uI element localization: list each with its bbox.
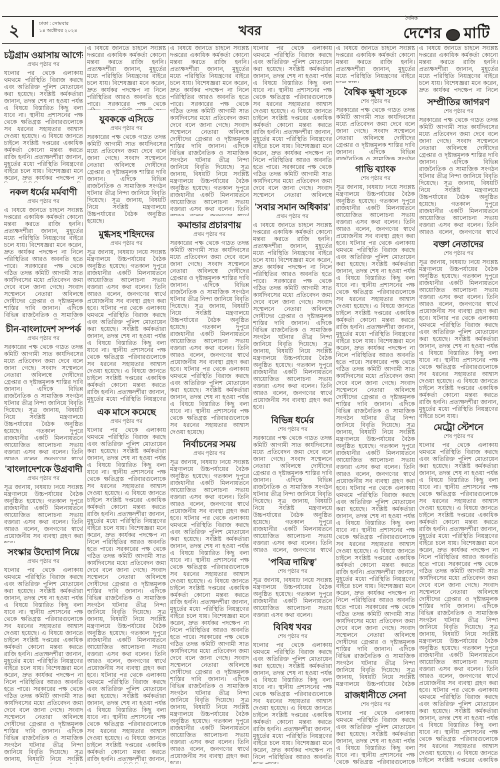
continued-from-kicker: প্রথম পৃষ্ঠার পর (4, 199, 83, 206)
article: গাভি ব্যাংক শেষ পৃষ্ঠার পর সূত্র জানায়,… (336, 163, 415, 686)
article-body-text: সূত্র জানায়, বিষয়টি নিয়ে সংশ্লিষ্ট মন… (336, 185, 415, 686)
article-headline: চট্টগ্রাম ওয়াসায় আগের (4, 49, 83, 61)
article-body-text: ঘটনার পর থেকে এলাকায় থমথমে পরিস্থিতি বি… (336, 711, 415, 764)
article-body-text: এ বিষয়ে জানতে চাইলে সংশ্লিষ্ট দপ্তরের এ… (4, 208, 83, 320)
article-body-text: সরকারের পক্ষ থেকে গঠিত তদন্ত কমিটি আগামী… (4, 345, 83, 460)
continued-from-kicker: শেষ পৃষ্ঠার পর (419, 109, 498, 116)
article-headline: সম্প্রীতির জাগরণ (419, 96, 498, 108)
continued-from-kicker: শেষ পৃষ্ঠার পর (336, 702, 415, 709)
article-body-text: সূত্র জানায়, বিষয়টি নিয়ে সংশ্লিষ্ট মন… (419, 260, 498, 418)
article: 'সবার সমান অধিকার' প্রথম পৃষ্ঠার পর এ বি… (253, 201, 332, 411)
column-divider (168, 46, 169, 762)
article-headline: 'বাংলাদেশকে উগ্রবাদী (4, 463, 83, 475)
article-body-text: ঘটনার পর থেকে এলাকায় থমথমে পরিস্থিতি বি… (253, 643, 332, 764)
article: যুবককে এসিডে প্রথম পৃষ্ঠার পর সরকারের পক… (87, 113, 166, 225)
article-body-text: সরকারের পক্ষ থেকে গঠিত তদন্ত কমিটি আগামী… (253, 436, 332, 553)
continued-from-kicker: শেষ পৃষ্ঠার পর (419, 251, 498, 258)
article: চট্টগ্রাম ওয়াসায় আগের প্রথম পৃষ্ঠার পর… (4, 49, 83, 183)
continued-from-kicker: শেষ পৃষ্ঠার পর (253, 427, 332, 434)
article: বৈশ্বিক ক্ষুধা সূচকে শেষ পৃষ্ঠার পর সরকা… (336, 86, 415, 160)
article: নকল ধর্মের মর্মবাণী প্রথম পৃষ্ঠার পর এ ব… (4, 186, 83, 320)
continued-from-kicker: প্রথম পৃষ্ঠার পর (4, 62, 83, 69)
continued-from-kicker: শেষ পৃষ্ঠার পর (419, 434, 498, 441)
header-bottom-rule (2, 43, 498, 44)
continued-from-kicker: প্রথম পৃষ্ঠার পর (253, 214, 332, 221)
continued-from-kicker: শেষ পৃষ্ঠার পর (336, 99, 415, 106)
article: এক মাসে কমেছে প্রথম পৃষ্ঠার পর ঘটনার পর … (87, 406, 166, 764)
article: মুগ্ধসহ শহিদদের প্রথম পৃষ্ঠার পর সূত্র জ… (87, 228, 166, 403)
article-body-text: এ বিষয়ে জানতে চাইলে সংশ্লিষ্ট দপ্তরের এ… (419, 46, 498, 93)
article: নির্বাচনের সময় প্রথম পৃষ্ঠার পর সূত্র জ… (170, 438, 249, 764)
article: বক্তা নেতাদের শেষ পৃষ্ঠার পর সূত্র জানায… (419, 238, 498, 418)
continued-from-kicker: প্রথম পৃষ্ঠার পর (4, 559, 83, 566)
article-body-text: ঘটনার পর থেকে এলাকায় থমথমে পরিস্থিতি বি… (4, 568, 83, 764)
continued-from-kicker: প্রথম পৃষ্ঠার পর (170, 451, 249, 458)
article-headline: যুবককে এসিডে (87, 113, 166, 125)
article-headline: গাভি ব্যাংক (336, 163, 415, 175)
article: মেট্রো স্টেশনে শেষ পৃষ্ঠার পর ঘটনার পর থ… (419, 421, 498, 764)
article-continuation: এ বিষয়ে জানতে চাইলে সংশ্লিষ্ট দপ্তরের এ… (419, 46, 498, 93)
column-4: ঘটনার পর থেকে এলাকায় থমথমে পরিস্থিতি বি… (253, 46, 332, 764)
article: 'বাংলাদেশকে উগ্রবাদী প্রথম পৃষ্ঠার পর সূ… (4, 463, 83, 543)
article-body-text: সূত্র জানায়, বিষয়টি নিয়ে সংশ্লিষ্ট মন… (253, 578, 332, 618)
article-headline: রাজধানীতে সেনা (336, 689, 415, 701)
article-headline: সংস্কার উদ্যোগ নিয়ে (4, 546, 83, 558)
article-body-text: সরকারের পক্ষ থেকে গঠিত তদন্ত কমিটি আগামী… (419, 118, 498, 235)
article-body-text: ঘটনার পর থেকে এলাকায় থমথমে পরিস্থিতি বি… (419, 443, 498, 764)
article-headline: বিবিধ খবর (253, 621, 332, 633)
article-headline: বৈশ্বিক ক্ষুধা সূচকে (336, 86, 415, 98)
article-body-text: সরকারের পক্ষ থেকে গঠিত তদন্ত কমিটি আগামী… (170, 241, 249, 435)
article-continuation: এ বিষয়ে জানতে চাইলে সংশ্লিষ্ট দপ্তরের এ… (336, 46, 415, 83)
continued-from-kicker: প্রথম পৃষ্ঠার পর (4, 476, 83, 483)
article-body-text: সূত্র জানায়, বিষয়টি নিয়ে সংশ্লিষ্ট মন… (170, 460, 249, 764)
article-headline: নকল ধর্মের মর্মবাণী (4, 186, 83, 198)
continued-from-kicker: প্রথম পৃষ্ঠার পর (87, 241, 166, 248)
article-headline: বিভিন্ন ধর্মের (253, 414, 332, 426)
article-headline: 'সবার সমান অধিকার' (253, 201, 332, 213)
article-body-text: সরকারের পক্ষ থেকে গঠিত তদন্ত কমিটি আগামী… (87, 135, 166, 225)
article: 'পবিত্র দায়িত্ব' শেষ পৃষ্ঠার পর সূত্র জ… (253, 556, 332, 618)
article-headline: কমান্ডার প্রচারণায় (170, 219, 249, 231)
article-continuation: এ বিষয়ে জানতে চাইলে সংশ্লিষ্ট দপ্তরের এ… (170, 46, 249, 216)
article-body-text: এ বিষয়ে জানতে চাইলে সংশ্লিষ্ট দপ্তরের এ… (253, 223, 332, 411)
article-body-text: সূত্র জানায়, বিষয়টি নিয়ে সংশ্লিষ্ট মন… (87, 250, 166, 403)
column-divider (85, 46, 86, 762)
continued-from-kicker: শেষ পৃষ্ঠার পর (253, 569, 332, 576)
article: সংস্কার উদ্যোগ নিয়ে প্রথম পৃষ্ঠার পর ঘট… (4, 546, 83, 764)
article-headline: চীন-বাংলাদেশ সম্পর্ক (4, 323, 83, 335)
continued-from-kicker: শেষ পৃষ্ঠার পর (336, 176, 415, 183)
article-continuation: এ বিষয়ে জানতে চাইলে সংশ্লিষ্ট দপ্তরের এ… (87, 46, 166, 110)
article-body-text: এ বিষয়ে জানতে চাইলে সংশ্লিষ্ট দপ্তরের এ… (336, 46, 415, 83)
column-divider (417, 46, 418, 762)
article-body-text: এ বিষয়ে জানতে চাইলে সংশ্লিষ্ট দপ্তরের এ… (87, 46, 166, 110)
article: রাজধানীতে সেনা শেষ পৃষ্ঠার পর ঘটনার পর থ… (336, 689, 415, 764)
article: বিবিধ খবর শেষ পৃষ্ঠার পর ঘটনার পর থেকে এ… (253, 621, 332, 764)
article-body-text: ঘটনার পর থেকে এলাকায় থমথমে পরিস্থিতি বি… (87, 428, 166, 764)
continued-from-kicker: প্রথম পৃষ্ঠার পর (4, 336, 83, 343)
article-body-text: এ বিষয়ে জানতে চাইলে সংশ্লিষ্ট দপ্তরের এ… (170, 46, 249, 216)
column-divider (251, 46, 252, 762)
column-2: এ বিষয়ে জানতে চাইলে সংশ্লিষ্ট দপ্তরের এ… (87, 46, 166, 764)
continued-from-kicker: প্রথম পৃষ্ঠার পর (87, 126, 166, 133)
continued-from-kicker: প্রথম পৃষ্ঠার পর (87, 419, 166, 426)
article-body-text: সূত্র জানায়, বিষয়টি নিয়ে সংশ্লিষ্ট মন… (4, 485, 83, 543)
article-body-text: ঘটনার পর থেকে এলাকায় থমথমে পরিস্থিতি বি… (4, 71, 83, 183)
article-headline: বক্তা নেতাদের (419, 238, 498, 250)
article: সম্প্রীতির জাগরণ শেষ পৃষ্ঠার পর সরকারের … (419, 96, 498, 235)
article: কমান্ডার প্রচারণায় প্রথম পৃষ্ঠার পর সরক… (170, 219, 249, 435)
article-headline: 'পবিত্র দায়িত্ব' (253, 556, 332, 568)
article-headline: এক মাসে কমেছে (87, 406, 166, 418)
article-headline: মেট্রো স্টেশনে (419, 421, 498, 433)
column-5: এ বিষয়ে জানতে চাইলে সংশ্লিষ্ট দপ্তরের এ… (336, 46, 415, 764)
article-headline: মুগ্ধসহ শহিদদের (87, 228, 166, 240)
article-continuation: ঘটনার পর থেকে এলাকায় থমথমে পরিস্থিতি বি… (253, 46, 332, 198)
continued-from-kicker: শেষ পৃষ্ঠার পর (253, 634, 332, 641)
article-body-text: সরকারের পক্ষ থেকে গঠিত তদন্ত কমিটি আগামী… (336, 108, 415, 160)
continued-from-kicker: প্রথম পৃষ্ঠার পর (170, 232, 249, 239)
masthead-globe-icon (446, 29, 460, 41)
column-3: এ বিষয়ে জানতে চাইলে সংশ্লিষ্ট দপ্তরের এ… (170, 46, 249, 764)
article: বিভিন্ন ধর্মের শেষ পৃষ্ঠার পর সরকারের পক… (253, 414, 332, 553)
column-6: এ বিষয়ে জানতে চাইলে সংশ্লিষ্ট দপ্তরের এ… (419, 46, 498, 764)
column-1: চট্টগ্রাম ওয়াসায় আগের প্রথম পৃষ্ঠার পর… (4, 46, 83, 764)
article-headline: নির্বাচনের সময় (170, 438, 249, 450)
article-body-text: ঘটনার পর থেকে এলাকায় থমথমে পরিস্থিতি বি… (253, 46, 332, 198)
column-divider (334, 46, 335, 762)
article: চীন-বাংলাদেশ সম্পর্ক প্রথম পৃষ্ঠার পর সর… (4, 323, 83, 460)
